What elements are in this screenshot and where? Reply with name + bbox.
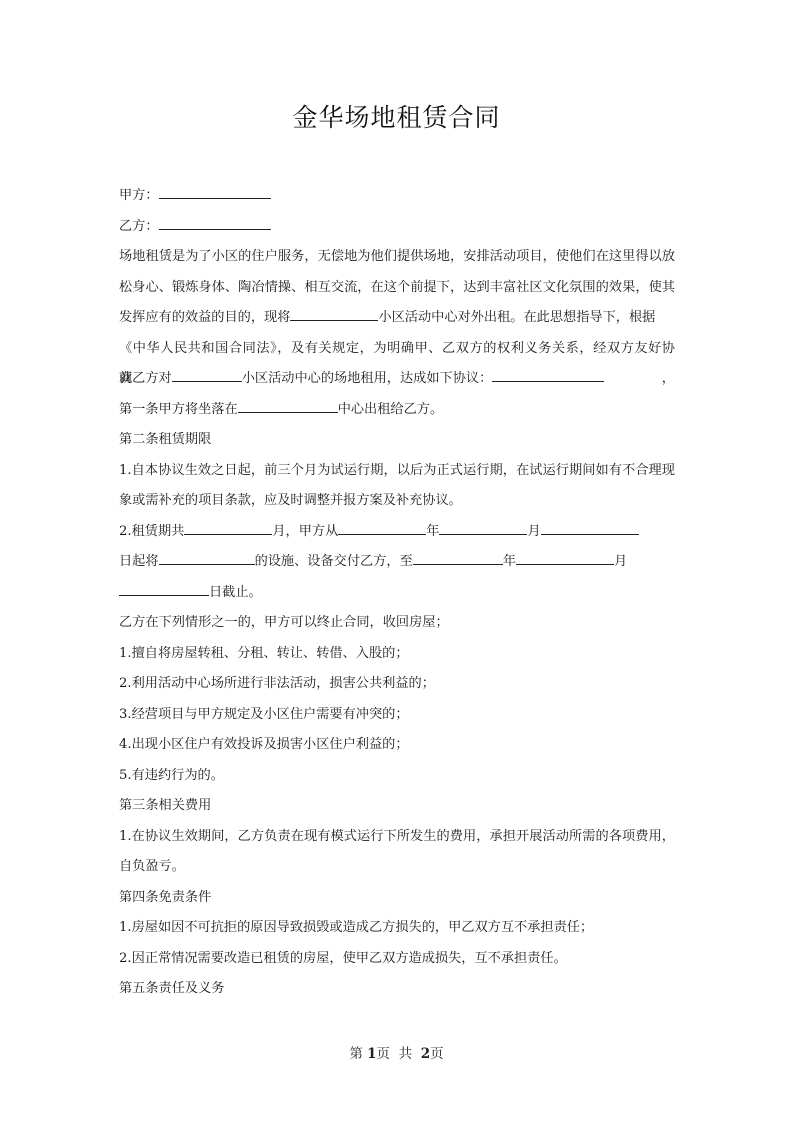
party-b-line: 乙方： bbox=[119, 212, 675, 243]
intro-line-3: 发挥应有的效益的目的，现将小区活动中心对外出租。在此思想指导下，根据 bbox=[119, 303, 675, 334]
article-2-item-1-line-1: 1.自本协议生效之日起，前三个月为试运行期，以后为正式运行期，在试运行期间如有不… bbox=[119, 456, 675, 487]
end-day-blank bbox=[119, 583, 209, 596]
article-3-item-1-line-1: 1.在协议生效期间，乙方负责在现有模式运行下所发生的费用，承担开展活动所需的各项… bbox=[119, 822, 675, 853]
article-2-item-2-line-3: 日截止。 bbox=[119, 578, 675, 609]
current-page-number: 1 bbox=[367, 1046, 376, 1062]
intro-line-5: 就乙方对小区活动中心的场地租用，达成如下协议： bbox=[119, 364, 675, 395]
party-a-blank bbox=[159, 186, 271, 199]
article-2-heading: 第二条租赁期限 bbox=[119, 425, 675, 456]
start-day-blank bbox=[541, 522, 639, 535]
termination-item: 2.利用活动中心场所进行非法活动，损害公共利益的； bbox=[119, 669, 675, 700]
termination-heading: 乙方在下列情形之一的，甲方可以终止合同，收回房屋； bbox=[119, 608, 675, 639]
article-2-item-1-line-2: 象或需补充的项目条款，应及时调整并报方案及补充协议。 bbox=[119, 486, 675, 517]
end-year-blank bbox=[413, 552, 503, 565]
party-b-blank bbox=[159, 217, 271, 230]
document-body: 甲方： 乙方： 场地租赁是为了小区的住户服务，无偿地为他们提供场地，安排活动项目… bbox=[119, 181, 675, 1005]
intro-line-2: 松身心、锻炼身体、陶冶情操、相互交流，在这个前提下，达到丰富社区文化氛围的效果，… bbox=[119, 273, 675, 304]
document-page: 金华场地租赁合同 甲方： 乙方： 场地租赁是为了小区的住户服务，无偿地为他们提供… bbox=[0, 0, 793, 1122]
termination-item: 3.经营项目与甲方规定及小区住户需要有冲突的； bbox=[119, 700, 675, 731]
facility-blank bbox=[159, 552, 255, 565]
start-year-blank bbox=[338, 522, 426, 535]
agreement-blank bbox=[492, 369, 604, 382]
article-4-item: 2.因正常情况需要改造已租赁的房屋，使甲乙双方造成损失，互不承担责任。 bbox=[119, 944, 675, 975]
total-pages-number: 2 bbox=[421, 1046, 430, 1062]
community-name-blank bbox=[290, 308, 378, 321]
lease-months-blank bbox=[184, 522, 272, 535]
article-2-item-2-line-2: 日起将的设施、设备交付乙方，至年月 bbox=[119, 547, 675, 578]
article-5-heading: 第五条责任及义务 bbox=[119, 974, 675, 1005]
page-footer: 第 1页 共 2页 bbox=[0, 1042, 793, 1062]
start-month-blank bbox=[439, 522, 527, 535]
article-3-item-1-line-2: 自负盈亏。 bbox=[119, 852, 675, 883]
termination-item: 4.出现小区住户有效投诉及损害小区住户利益的； bbox=[119, 730, 675, 761]
article-4-heading: 第四条免责条件 bbox=[119, 883, 675, 914]
intro-line-4: 《中华人民共和国合同法》，及有关规定，为明确甲、乙双方的权利义务关系，经双方友好… bbox=[119, 334, 675, 365]
article-4-item: 1.房屋如因不可抗拒的原因导致损毁或造成乙方损失的，甲乙双方互不承担责任； bbox=[119, 913, 675, 944]
article-2-item-2-line-1: 2.租赁期共月，甲方从年月 bbox=[119, 517, 675, 548]
article-3-heading: 第三条相关费用 bbox=[119, 791, 675, 822]
end-month-blank bbox=[516, 552, 614, 565]
intro-line-1: 场地租赁是为了小区的住户服务，无偿地为他们提供场地，安排活动项目，使他们在这里得… bbox=[119, 242, 675, 273]
termination-item: 5.有违约行为的。 bbox=[119, 761, 675, 792]
party-a-line: 甲方： bbox=[119, 181, 675, 212]
community-blank-2 bbox=[172, 369, 242, 382]
party-b-label: 乙方： bbox=[119, 219, 159, 234]
location-blank bbox=[238, 400, 338, 413]
document-title: 金华场地租赁合同 bbox=[0, 98, 793, 134]
article-1: 第一条甲方将坐落在中心出租给乙方。 bbox=[119, 395, 675, 426]
termination-item: 1.擅自将房屋转租、分租、转让、转借、入股的； bbox=[119, 639, 675, 670]
party-a-label: 甲方： bbox=[119, 188, 159, 203]
